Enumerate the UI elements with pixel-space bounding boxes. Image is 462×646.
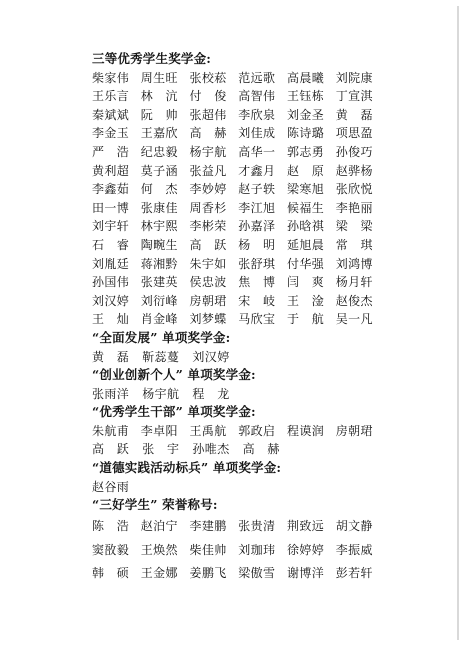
student-name: 徐婷婷	[287, 539, 324, 563]
student-name: 柴家伟	[92, 69, 129, 88]
name-row: 高 跃张 宇孙唯杰高 赫	[92, 440, 373, 459]
student-name: 侯忠波	[190, 273, 227, 292]
document-body: 三等优秀学生奖学金: 柴家伟周生旺张校菘范远歌高晨曦刘院康王乐言林 沆付 俊高智…	[92, 50, 373, 586]
student-name: 林宇熙	[141, 217, 178, 236]
student-name: 丁宣淇	[336, 87, 373, 106]
student-name: 焦 博	[238, 273, 275, 292]
student-name: 梁 梁	[336, 217, 373, 236]
student-name: 刘宇轩	[92, 217, 129, 236]
student-name: 房朝珺	[336, 422, 373, 441]
student-name: 延旭晨	[287, 236, 324, 255]
student-name: 付 俊	[190, 87, 227, 106]
name-row: 刘胤廷蒋湘黔朱宇如张舒琪付华强刘鸿博	[92, 255, 373, 274]
student-name: 荆致远	[287, 515, 324, 539]
student-name: 于 航	[287, 310, 324, 329]
student-name: 王 灿	[92, 310, 129, 329]
name-row: 黄利超莫子涵张益凡才鑫月赵 原赵骅杨	[92, 162, 373, 181]
student-name: 李彬荣	[190, 217, 227, 236]
name-row: 朱航甫李卓阳王禹航郭政启程谟润房朝珺	[92, 422, 373, 441]
student-name: 张雨洋	[92, 385, 129, 404]
student-name: 莫子涵	[141, 162, 178, 181]
student-name: 高 跃	[92, 440, 129, 459]
student-name: 刘汉婷	[192, 348, 229, 367]
student-name: 李艳丽	[336, 199, 373, 218]
name-rows: 张雨洋杨宇航程 龙	[92, 385, 373, 404]
student-name: 张建英	[141, 273, 178, 292]
student-name: 严 浩	[92, 143, 129, 162]
student-name: 范远歌	[238, 69, 275, 88]
student-name: 宋 岐	[238, 292, 275, 311]
student-name: 刘金圣	[287, 106, 324, 125]
student-name: 程谟润	[287, 422, 324, 441]
name-row: 李鑫茹何 杰李妙婷赵子轶梁寒旭张欣悦	[92, 180, 373, 199]
student-name: 张康佳	[141, 199, 178, 218]
student-name: 孙嘉泽	[238, 217, 275, 236]
student-name: 黄 磊	[92, 348, 129, 367]
student-name: 李金玉	[92, 124, 129, 143]
student-name: 陈 浩	[92, 515, 129, 539]
student-name: 吴一凡	[336, 310, 373, 329]
student-name: 王 淦	[287, 292, 324, 311]
student-name: 房朝珺	[190, 292, 227, 311]
student-name: 杨 明	[238, 236, 275, 255]
student-name: 候福生	[287, 199, 324, 218]
student-name: 张欣悦	[336, 180, 373, 199]
student-name: 朱航甫	[92, 422, 129, 441]
student-name: 赵俊杰	[336, 292, 373, 311]
student-name: 郭志勇	[287, 143, 324, 162]
section-all-round-development: “全面发展” 单项奖学金: 黄 磊靳蕊蔓刘汉婷	[92, 329, 373, 366]
name-row: 赵谷雨	[92, 478, 373, 497]
student-name: 刘佳成	[238, 124, 275, 143]
student-name: 林 沆	[141, 87, 178, 106]
name-rows: 赵谷雨	[92, 478, 373, 497]
student-name: 张超伟	[190, 106, 227, 125]
section-heading: 三等优秀学生奖学金:	[92, 50, 373, 69]
student-name: 何 杰	[141, 180, 178, 199]
student-name: 周香杉	[190, 199, 227, 218]
student-name: 李欣泉	[238, 106, 275, 125]
student-name: 赵子轶	[238, 180, 275, 199]
student-name: 纪忠毅	[141, 143, 178, 162]
student-name: 刘院康	[336, 69, 373, 88]
section-three-good-student: “三好学生” 荣誉称号: 陈 浩赵泊宁李建鹏张贵清荆致远胡文静窦敔毅王焕然柴佳帅…	[92, 496, 373, 586]
student-name: 靳蕊蔓	[142, 348, 179, 367]
student-name: 马欣宝	[238, 310, 275, 329]
name-row: 柴家伟周生旺张校菘范远歌高晨曦刘院康	[92, 69, 373, 88]
student-name: 胡文静	[336, 515, 373, 539]
student-name: 王嘉欣	[141, 124, 178, 143]
page-edge-line	[457, 6, 459, 640]
student-name: 肖金峰	[141, 310, 178, 329]
section-outstanding-student-cadre: “优秀学生干部” 单项奖学金: 朱航甫李卓阳王禹航郭政启程谟润房朝珺高 跃张 宇…	[92, 403, 373, 459]
student-name: 刘汉婷	[92, 292, 129, 311]
student-name: 孙晗祺	[287, 217, 324, 236]
student-name: 赵泊宁	[141, 515, 178, 539]
student-name: 程 龙	[192, 385, 229, 404]
section-heading: “全面发展” 单项奖学金:	[92, 329, 373, 348]
student-name: 彭若轩	[336, 562, 373, 586]
name-row: 刘汉婷刘衍峰房朝珺宋 岐王 淦赵俊杰	[92, 292, 373, 311]
student-name: 黄利超	[92, 162, 129, 181]
section-heading: “道德实践活动标兵” 单项奖学金:	[92, 459, 373, 478]
name-row: 陈 浩赵泊宁李建鹏张贵清荆致远胡文静	[92, 515, 373, 539]
name-row: 王乐言林 沆付 俊高智伟王钰栋丁宣淇	[92, 87, 373, 106]
student-name: 常 琪	[336, 236, 373, 255]
student-name: 陈诗璐	[287, 124, 324, 143]
student-name: 刘鸿博	[336, 255, 373, 274]
section-heading: “三好学生” 荣誉称号:	[92, 496, 373, 515]
student-name: 高华一	[238, 143, 275, 162]
student-name: 闫 爽	[287, 273, 324, 292]
name-rows: 陈 浩赵泊宁李建鹏张贵清荆致远胡文静窦敔毅王焕然柴佳帅刘珈玮徐婷婷李振威韩 硕王…	[92, 515, 373, 586]
student-name: 张校菘	[190, 69, 227, 88]
student-name: 石 睿	[92, 236, 129, 255]
student-name: 孙俊巧	[336, 143, 373, 162]
student-name: 蒋湘黔	[141, 255, 178, 274]
student-name: 李鑫茹	[92, 180, 129, 199]
student-name: 梁寒旭	[287, 180, 324, 199]
student-name: 刘珈玮	[238, 539, 275, 563]
student-name: 项思盈	[336, 124, 373, 143]
name-row: 窦敔毅王焕然柴佳帅刘珈玮徐婷婷李振威	[92, 539, 373, 563]
name-row: 刘宇轩林宇熙李彬荣孙嘉泽孙晗祺梁 梁	[92, 217, 373, 236]
student-name: 高 赫	[243, 440, 280, 459]
student-name: 李妙婷	[190, 180, 227, 199]
name-row: 田一博张康佳周香杉李江旭候福生李艳丽	[92, 199, 373, 218]
student-name: 高 赫	[190, 124, 227, 143]
student-name: 张 宇	[142, 440, 179, 459]
student-name: 孙国伟	[92, 273, 129, 292]
student-name: 付华强	[287, 255, 324, 274]
student-name: 黄 磊	[336, 106, 373, 125]
student-name: 刘胤廷	[92, 255, 129, 274]
section-heading: “创业创新个人” 单项奖学金:	[92, 366, 373, 385]
student-name: 梁傲雪	[238, 562, 275, 586]
student-name: 高晨曦	[287, 69, 324, 88]
student-name: 张贵清	[238, 515, 275, 539]
student-name: 田一博	[92, 199, 129, 218]
student-name: 秦斌斌	[92, 106, 129, 125]
student-name: 韩 硕	[92, 562, 129, 586]
name-rows: 柴家伟周生旺张校菘范远歌高晨曦刘院康王乐言林 沆付 俊高智伟王钰栋丁宣淇秦斌斌阮…	[92, 69, 373, 329]
document-page: 三等优秀学生奖学金: 柴家伟周生旺张校菘范远歌高晨曦刘院康王乐言林 沆付 俊高智…	[0, 0, 462, 646]
student-name: 赵骅杨	[336, 162, 373, 181]
student-name: 杨月轩	[336, 273, 373, 292]
name-row: 严 浩纪忠毅杨宇航高华一郭志勇孙俊巧	[92, 143, 373, 162]
student-name: 郭政启	[238, 422, 275, 441]
student-name: 杨宇航	[190, 143, 227, 162]
student-name: 刘衍峰	[141, 292, 178, 311]
name-row: 韩 硕王金娜姜鹏飞梁傲雪谢博洋彭若轩	[92, 562, 373, 586]
student-name: 王钰栋	[287, 87, 324, 106]
student-name: 赵谷雨	[92, 478, 129, 497]
student-name: 朱宇如	[190, 255, 227, 274]
student-name: 高智伟	[238, 87, 275, 106]
name-row: 张雨洋杨宇航程 龙	[92, 385, 373, 404]
student-name: 李建鹏	[190, 515, 227, 539]
name-rows: 黄 磊靳蕊蔓刘汉婷	[92, 348, 373, 367]
section-third-class-scholarship: 三等优秀学生奖学金: 柴家伟周生旺张校菘范远歌高晨曦刘院康王乐言林 沆付 俊高智…	[92, 50, 373, 329]
student-name: 张舒琪	[238, 255, 275, 274]
student-name: 孙唯杰	[192, 440, 229, 459]
student-name: 谢博洋	[287, 562, 324, 586]
name-row: 孙国伟张建英侯忠波焦 博闫 爽杨月轩	[92, 273, 373, 292]
section-heading: “优秀学生干部” 单项奖学金:	[92, 403, 373, 422]
section-moral-practice-model: “道德实践活动标兵” 单项奖学金: 赵谷雨	[92, 459, 373, 496]
name-rows: 朱航甫李卓阳王禹航郭政启程谟润房朝珺高 跃张 宇孙唯杰高 赫	[92, 422, 373, 459]
student-name: 李江旭	[238, 199, 275, 218]
name-row: 王 灿肖金峰刘梦蝶马欣宝于 航吴一凡	[92, 310, 373, 329]
student-name: 姜鹏飞	[190, 562, 227, 586]
student-name: 赵 原	[287, 162, 324, 181]
student-name: 窦敔毅	[92, 539, 129, 563]
student-name: 刘梦蝶	[190, 310, 227, 329]
student-name: 李卓阳	[141, 422, 178, 441]
name-row: 秦斌斌阮 帅张超伟李欣泉刘金圣黄 磊	[92, 106, 373, 125]
student-name: 杨宇航	[142, 385, 179, 404]
student-name: 张益凡	[190, 162, 227, 181]
student-name: 柴佳帅	[190, 539, 227, 563]
student-name: 王金娜	[141, 562, 178, 586]
student-name: 阮 帅	[141, 106, 178, 125]
student-name: 周生旺	[141, 69, 178, 88]
student-name: 王乐言	[92, 87, 129, 106]
name-row: 黄 磊靳蕊蔓刘汉婷	[92, 348, 373, 367]
name-row: 石 睿陶畹生高 跃杨 明延旭晨常 琪	[92, 236, 373, 255]
student-name: 才鑫月	[238, 162, 275, 181]
student-name: 陶畹生	[141, 236, 178, 255]
section-innovation-entrepreneurship: “创业创新个人” 单项奖学金: 张雨洋杨宇航程 龙	[92, 366, 373, 403]
student-name: 高 跃	[190, 236, 227, 255]
student-name: 王焕然	[141, 539, 178, 563]
student-name: 李振威	[336, 539, 373, 563]
student-name: 王禹航	[190, 422, 227, 441]
name-row: 李金玉王嘉欣高 赫刘佳成陈诗璐项思盈	[92, 124, 373, 143]
